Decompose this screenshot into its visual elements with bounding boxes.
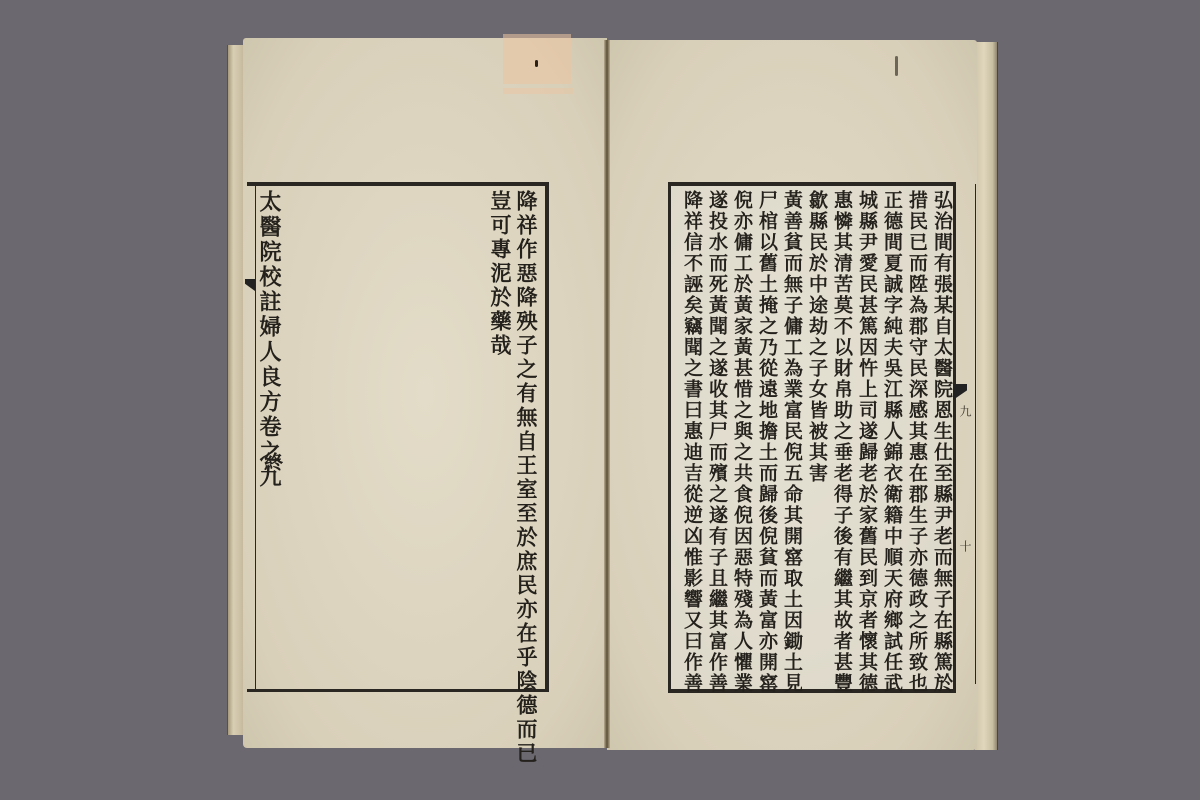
right-page-stack-edge — [975, 42, 998, 750]
right-text-column-5: 惠憐其清苦莫不以財帛助之垂老得子後有繼其故者甚豐 — [832, 190, 851, 694]
book-gutter — [604, 40, 610, 748]
left-text-column-1: 降祥作惡降殃子之有無自王室至於庶民亦在乎陰德而已 — [516, 190, 537, 766]
right-text-column-3: 正德間夏誠字純夫吳江縣人錦衣衛籍中順天府鄉試任武 — [882, 190, 901, 694]
right-text-column-10: 遂投水而死黃聞之遂收其尸而殯之遂有子且繼其富作善 — [707, 190, 726, 694]
margin-volume-label: 九 — [957, 405, 974, 417]
right-text-column-8: 尸棺以舊土掩之乃從遠地擔土而歸後倪貧而黃富亦開窰 — [757, 190, 776, 694]
right-text-column-7: 黃善貧而無子傭工為業富民倪五命其開窰取土因鋤土見 — [782, 190, 801, 694]
open-book: 降祥作惡降殃子之有無自王室至於庶民亦在乎陰德而已 豈可專泥於藥哉 太醫院校註婦人… — [0, 0, 1200, 800]
left-text-column-2: 豈可專泥於藥哉 — [490, 190, 511, 358]
right-text-column-4: 城縣尹愛民甚篤因忤上司遂歸老於家舊民到京者懷其德 — [857, 190, 876, 694]
ink-spot — [535, 60, 538, 67]
watermark-caption — [503, 88, 573, 94]
watermark-stamp — [503, 34, 571, 84]
fishtail-mark-icon — [245, 279, 255, 291]
right-text-column-2: 措民已而陞為郡守民深感其惠在郡生子亦德政之所致也 — [907, 190, 926, 694]
right-text-column-6: 歙縣民於中途劫之子女皆被其害 — [807, 190, 826, 484]
right-text-column-1: 弘治間有張某自太醫院恩生仕至縣尹老而無子在縣篤於 — [932, 190, 951, 694]
right-text-column-9: 倪亦傭工於黃家黃甚惜之與之共食倪因惡特殘為人懼業 — [732, 190, 751, 694]
pencil-mark — [895, 56, 898, 76]
page-center-column — [953, 184, 976, 684]
right-text-column-11: 降祥信不誣矣竊聞之書曰惠迪吉從逆凶惟影響又曰作善 — [682, 190, 701, 694]
end-mark: 終 — [262, 452, 281, 474]
volume-title-column: 太醫院校註婦人良方卷之九 — [258, 190, 280, 490]
margin-page-number: 十 — [957, 540, 974, 552]
